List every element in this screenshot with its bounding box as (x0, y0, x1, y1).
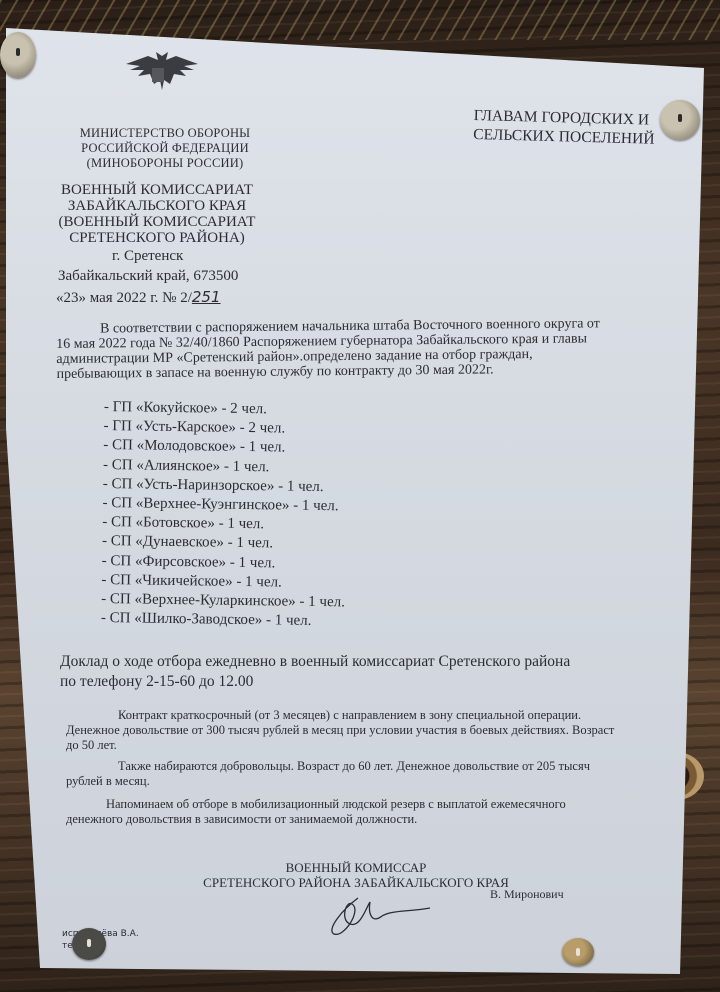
commissariat-line: СРЕТЕНСКОГО РАЙОНА) (42, 230, 272, 246)
quota-list: - ГП «Кокуйское» - 2 чел. - ГП «Усть-Кар… (101, 398, 348, 632)
addressee: ГЛАВАМ ГОРОДСКИХ И СЕЛЬСКИХ ПОСЕЛЕНИЙ (473, 106, 655, 149)
thumbtack-icon (0, 32, 36, 78)
report-line: Доклад о ходе отбора ежедневно в военный… (60, 652, 640, 672)
signature-icon (322, 890, 432, 940)
ministry-line: (МИНОБОРОНЫ РОССИИ) (70, 156, 260, 171)
city: г. Сретенск (112, 248, 183, 265)
eagle-emblem-icon (112, 46, 204, 98)
signatory-line: ВОЕННЫЙ КОМИССАР (176, 860, 536, 875)
commissariat-header: ВОЕННЫЙ КОМИССАРИАТ ЗАБАЙКАЛЬСКОГО КРАЯ … (42, 182, 272, 246)
signatory-name: В. Миронович (490, 887, 564, 902)
commissariat-line: (ВОЕННЫЙ КОМИССАРИАТ (42, 214, 272, 230)
reminder-text: Напоминаем об отборе в мобилизационный л… (66, 797, 586, 827)
commissariat-line: ВОЕННЫЙ КОМИССАРИАТ (42, 182, 272, 198)
address: Забайкальский край, 673500 (58, 268, 238, 285)
commissariat-line: ЗАБАЙКАЛЬСКОГО КРАЯ (42, 198, 272, 214)
report-instruction: Доклад о ходе отбора ежедневно в военный… (60, 652, 640, 692)
signatory-title: ВОЕННЫЙ КОМИССАР СРЕТЕНСКОГО РАЙОНА ЗАБА… (176, 860, 536, 890)
thumbtack-icon (72, 928, 106, 960)
thumbtack-icon (660, 100, 700, 140)
ministry-header: МИНИСТЕРСТВО ОБОРОНЫ РОССИЙСКОЙ ФЕДЕРАЦИ… (70, 126, 260, 171)
list-item: - СП «Шилко-Заводское» - 1 чел. (101, 609, 345, 632)
ministry-line: МИНИСТЕРСТВО ОБОРОНЫ (70, 126, 260, 141)
main-paragraph: В соответствии с распоряжением начальник… (56, 316, 657, 382)
date-prefix: «23» мая 2022 г. № 2/ (56, 290, 192, 306)
signatory-line: СРЕТЕНСКОГО РАЙОНА ЗАБАЙКАЛЬСКОГО КРАЯ (176, 875, 536, 890)
reserve-reminder: Напоминаем об отборе в мобилизационный л… (66, 797, 586, 827)
date-and-number: «23» мая 2022 г. № 2/251 (56, 288, 221, 307)
thumbtack-icon (562, 938, 594, 966)
document: МИНИСТЕРСТВО ОБОРОНЫ РОССИЙСКОЙ ФЕДЕРАЦИ… (0, 0, 720, 992)
ministry-line: РОССИЙСКОЙ ФЕДЕРАЦИИ (70, 141, 260, 156)
addressee-line: СЕЛЬСКИХ ПОСЕЛЕНИЙ (473, 125, 655, 149)
handwritten-number: 251 (192, 288, 221, 306)
report-line: по телефону 2-15-60 до 12.00 (60, 672, 640, 692)
contract-paragraph: Контракт краткосрочный (от 3 месяцев) с … (66, 708, 626, 753)
contract-terms: Контракт краткосрочный (от 3 месяцев) с … (66, 708, 626, 795)
volunteer-paragraph: Также набираются добровольцы. Возраст до… (66, 759, 626, 789)
